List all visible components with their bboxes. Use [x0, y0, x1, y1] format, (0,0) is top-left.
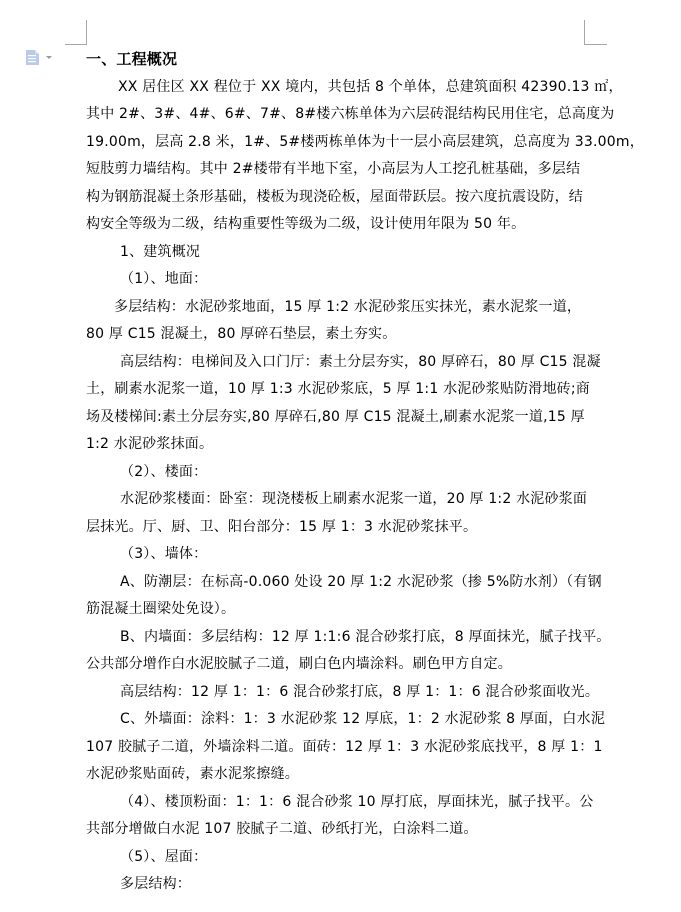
- text-line: 107 胶腻子二道，外墙涂料二道。面砖：12 厚 1：3 水泥砂浆底找平，8 厚…: [86, 734, 586, 762]
- top-right-margin-mark: [584, 20, 607, 45]
- top-left-margin-mark: [65, 20, 87, 45]
- document-body: XX 居住区 XX 程位于 XX 境内，共包括 8 个单体，总建筑面积 4239…: [86, 74, 586, 899]
- text-line: 水泥砂浆贴面砖，素水泥浆擦缝。: [86, 761, 586, 789]
- text-line: 80 厚 C15 混凝土，80 厚碎石垫层，素土夯实。: [86, 321, 586, 349]
- text-line: 水泥砂浆楼面：卧室：现浇楼板上刷素水泥浆一道，20 厚 1:2 水泥砂浆面: [86, 486, 586, 514]
- text-line: （5）、屋面：: [86, 844, 586, 872]
- text-line: 构安全等级为二级，结构重要性等级为二级，设计使用年限为 50 年。: [86, 211, 586, 239]
- document-paragraph-icon[interactable]: [26, 50, 39, 65]
- text-line: 层抹光。厅、厨、卫、阳台部分：15 厚 1：3 水泥砂浆抹平。: [86, 514, 586, 542]
- text-line: 1、建筑概况: [86, 239, 586, 267]
- text-line: 共部分增做白水泥 107 胶腻子二道、砂纸打光，白涂料二道。: [86, 816, 586, 844]
- text-line: 短肢剪力墙结构。其中 2#楼带有半地下室，小高层为人工挖孔桩基础，多层结: [86, 156, 586, 184]
- text-line: 公共部分增作白水泥胶腻子二道，刷白色内墙涂料。刷色甲方自定。: [86, 651, 586, 679]
- text-line: 1:2 水泥砂浆抹面。: [86, 431, 586, 459]
- text-line: A、防潮层：在标高-0.060 处设 20 厚 1:2 水泥砂浆（掺 5%防水剂…: [86, 569, 586, 597]
- text-line: C、外墙面：涂料：1：3 水泥砂浆 12 厚底，1：2 水泥砂浆 8 厚面，白水…: [86, 706, 586, 734]
- section-heading: 一、工程概况: [86, 46, 586, 74]
- text-line: 高层结构：12 厚 1：1：6 混合砂浆打底，8 厚 1：1：6 混合砂浆面收光…: [86, 679, 586, 707]
- text-line: 高层结构：电梯间及入口门厅：素土分层夯实，80 厚碎石，80 厚 C15 混凝: [86, 349, 586, 377]
- text-line: 其中 2#、3#、4#、6#、7#、8#楼六栋单体为六层砖混结构民用住宅，总高度…: [86, 101, 586, 129]
- text-line: 19.00m，层高 2.8 米，1#、5#楼两栋单体为十一层小高层建筑，总高度为…: [86, 129, 586, 157]
- text-line: 构为钢筋混凝土条形基础，楼板为现浇砼板，屋面带跃层。按六度抗震设防，结: [86, 184, 586, 212]
- text-line: 多层结构：: [86, 871, 586, 899]
- document-page: 一、工程概况 XX 居住区 XX 程位于 XX 境内，共包括 8 个单体，总建筑…: [86, 46, 586, 899]
- text-line: 筋混凝土圈梁处免设）。: [86, 596, 586, 624]
- text-line: 土，刷素水泥浆一道，10 厚 1:3 水泥砂浆底，5 厚 1:1 水泥砂浆贴防滑…: [86, 376, 586, 404]
- text-line: （1）、地面：: [86, 266, 586, 294]
- text-line: （3）、墙体：: [86, 541, 586, 569]
- text-line: XX 居住区 XX 程位于 XX 境内，共包括 8 个单体，总建筑面积 4239…: [86, 74, 586, 102]
- text-line: B、内墙面：多层结构：12 厚 1:1:6 混合砂浆打底，8 厚面抹光，腻子找平…: [86, 624, 586, 652]
- text-line: （2）、楼面：: [86, 459, 586, 487]
- chevron-down-icon[interactable]: [46, 56, 52, 59]
- text-line: （4）、楼顶粉面：1：1：6 混合砂浆 10 厚打底，厚面抹光，腻子找平。公: [86, 789, 586, 817]
- text-line: 多层结构：水泥砂浆地面，15 厚 1:2 水泥砂浆压实抹光，素水泥浆一道，: [86, 294, 586, 322]
- text-line: 场及楼梯间:素土分层夯实,80 厚碎石,80 厚 C15 混凝土,刷素水泥浆一道…: [86, 404, 586, 432]
